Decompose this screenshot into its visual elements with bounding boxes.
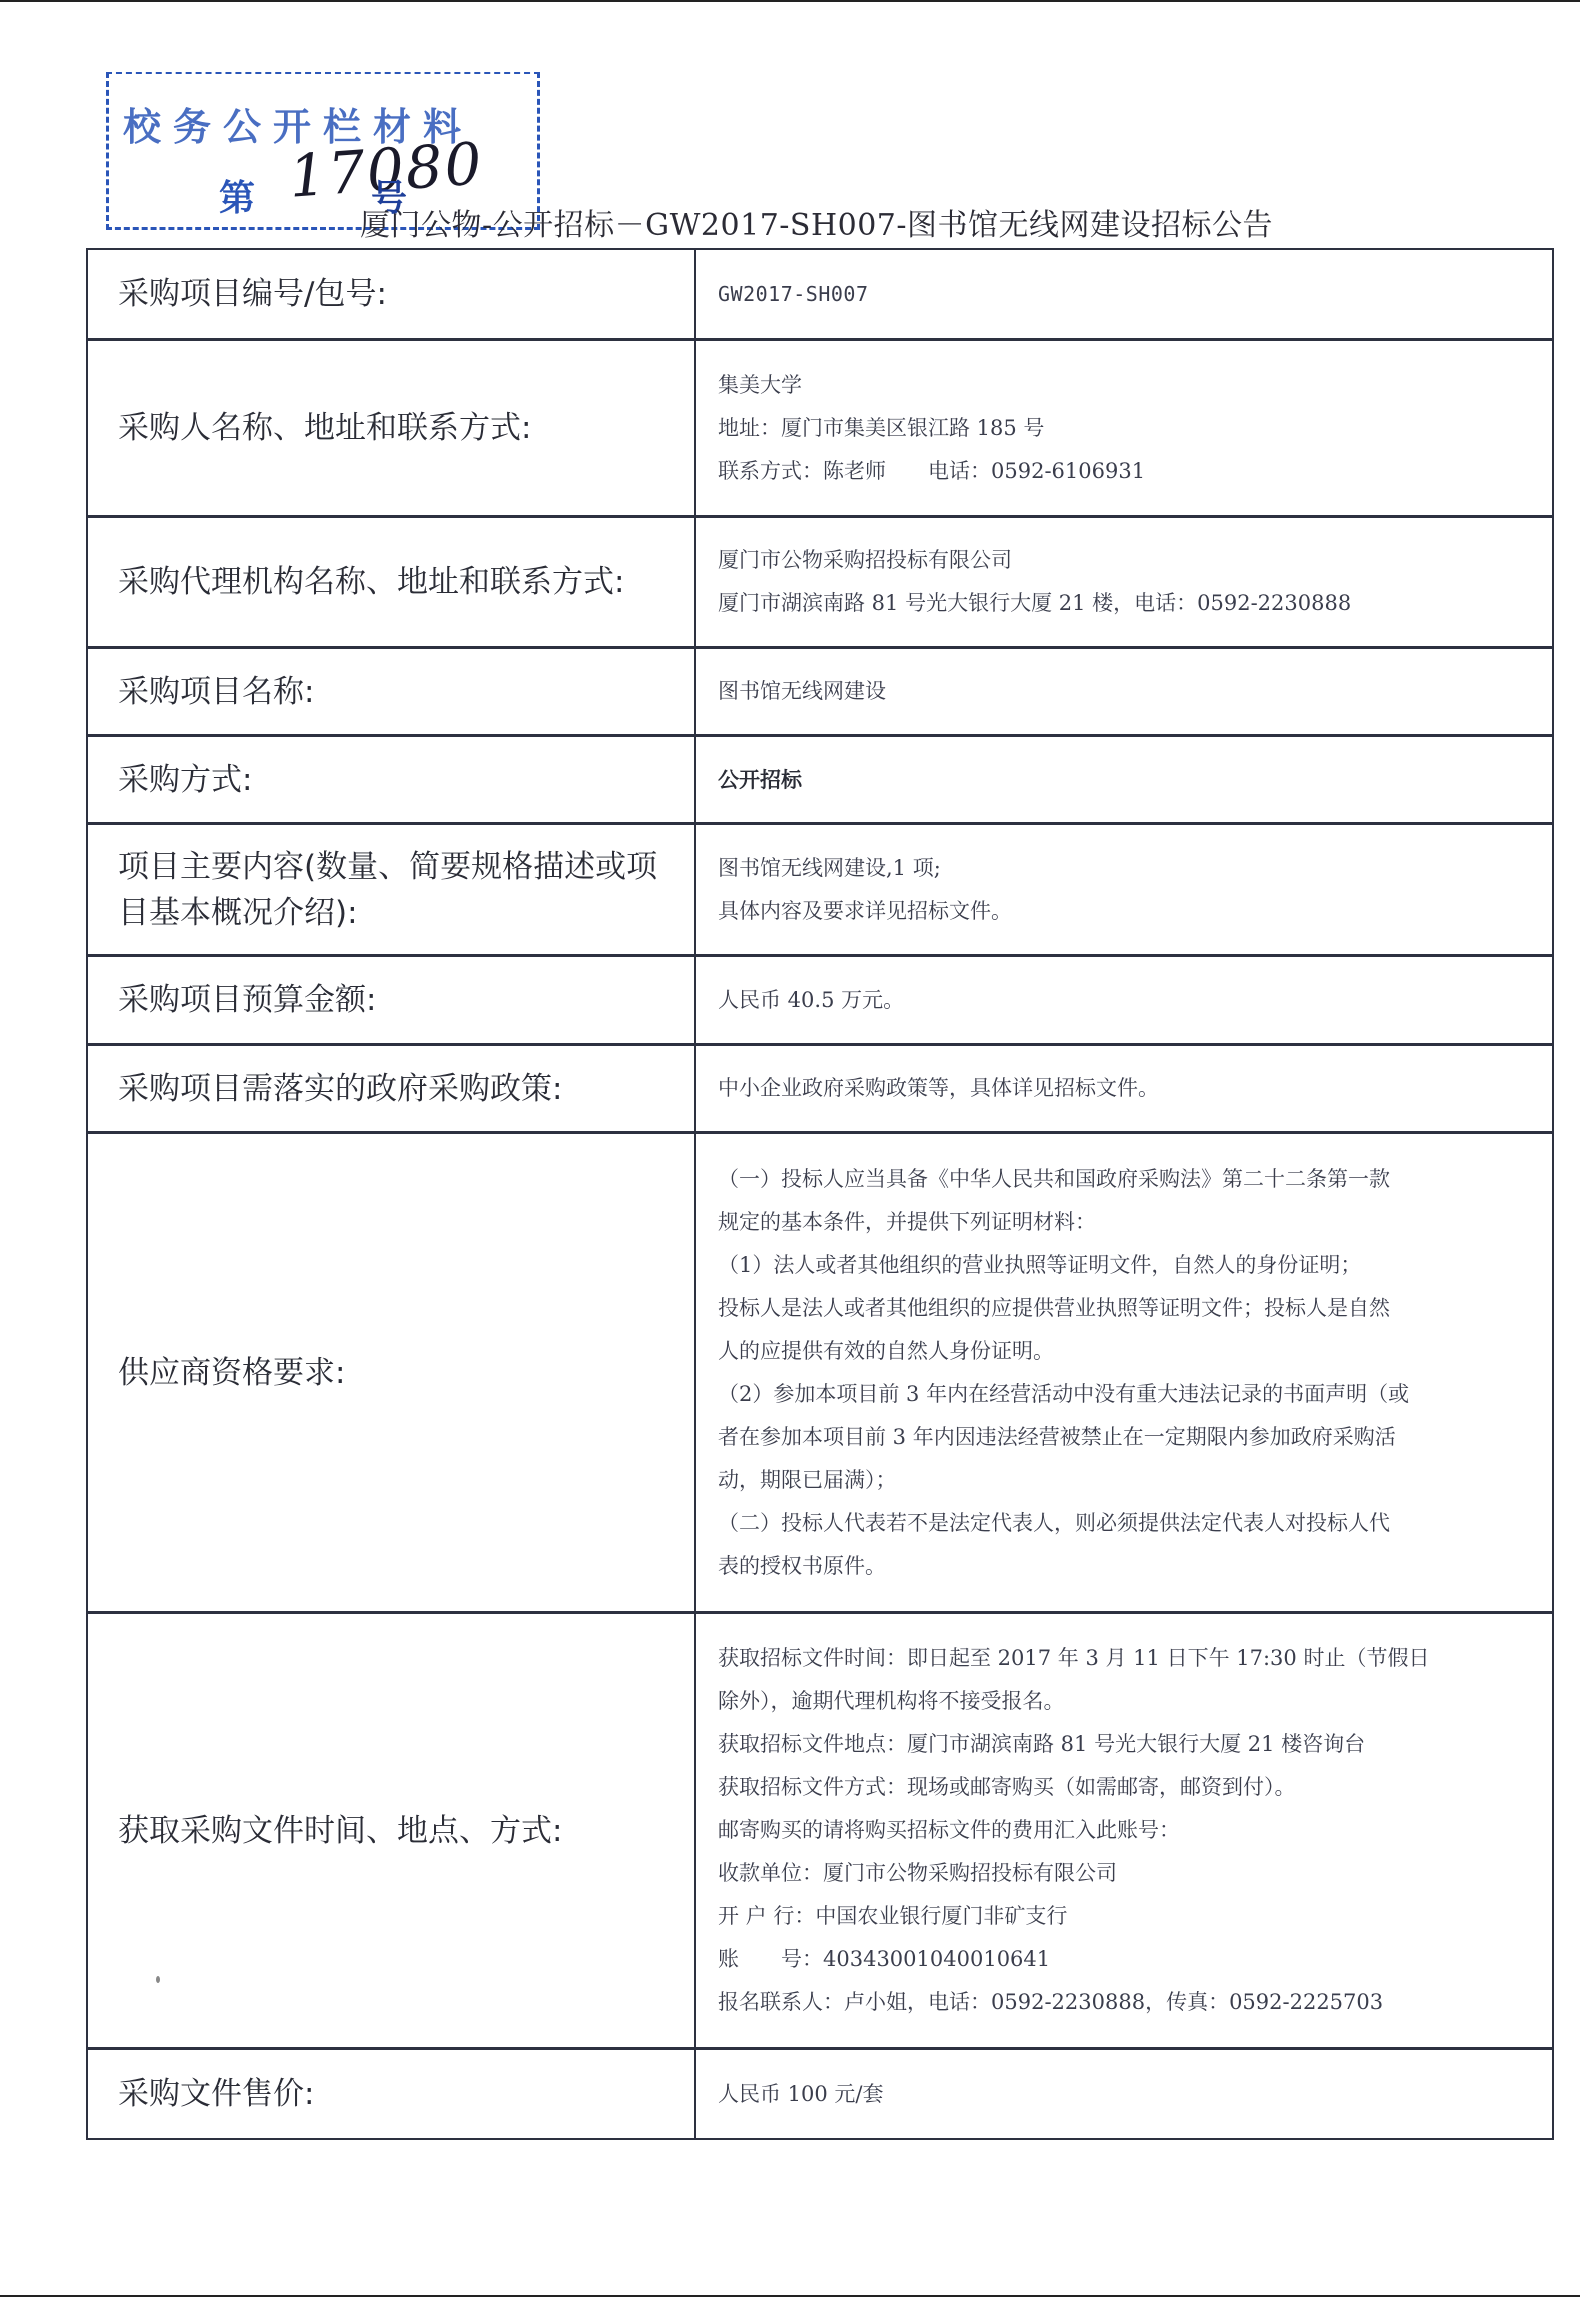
value-policy: 中小企业政府采购政策等，具体详见招标文件。 (696, 1046, 1552, 1131)
scan-speck (156, 1976, 160, 1983)
document-price: 人民币 100 元/套 (718, 2073, 1532, 2116)
label-agency: 采购代理机构名称、地址和联系方式: (88, 518, 696, 646)
label-project-number: 采购项目编号/包号: (88, 250, 696, 338)
acquisition-line: 获取招标文件时间：即日起至 2017 年 3 月 11 日下午 17:30 时止… (718, 1637, 1532, 1680)
qualification-line: 者在参加本项目前 3 年内因违法经营被禁止在一定期限内参加政府采购活 (718, 1416, 1532, 1459)
row-document-price: 采购文件售价: 人民币 100 元/套 (88, 2050, 1552, 2138)
acquisition-line: 获取招标文件地点：厦门市湖滨南路 81 号光大银行大厦 21 楼咨询台 (718, 1723, 1532, 1766)
purchaser-name: 集美大学 (718, 364, 1532, 407)
row-supplier-qualification: 供应商资格要求: （一）投标人应当具备《中华人民共和国政府采购法》第二十二条第一… (88, 1134, 1552, 1614)
purchaser-address: 地址：厦门市集美区银江路 185 号 (718, 407, 1532, 450)
registration-contact-line: 报名联系人：卢小姐，电话：0592-2230888，传真：0592-222570… (718, 1981, 1532, 2024)
project-name: 图书馆无线网建设 (718, 670, 1532, 713)
tender-notice-table: 采购项目编号/包号: GW2017-SH007 采购人名称、地址和联系方式: 集… (86, 248, 1554, 2140)
account-number-line: 账 号：40343001040010641 (718, 1938, 1532, 1981)
row-project-name: 采购项目名称: 图书馆无线网建设 (88, 649, 1552, 737)
procurement-method: 公开招标 (718, 758, 1532, 801)
document-title: 厦门公物-公开招标－GW2017-SH007-图书馆无线网建设招标公告 (360, 200, 1273, 244)
label-project-content: 项目主要内容(数量、简要规格描述或项目基本概况介绍): (88, 825, 696, 954)
scan-top-edge (0, 0, 1580, 2)
row-document-acquisition: 获取采购文件时间、地点、方式: 获取招标文件时间：即日起至 2017 年 3 月… (88, 1614, 1552, 2050)
purchaser-contact: 联系方式：陈老师 电话：0592-6106931 (718, 450, 1532, 493)
value-project-name: 图书馆无线网建设 (696, 649, 1552, 734)
qualification-line: （二）投标人代表若不是法定代表人，则必须提供法定代表人对投标人代 (718, 1502, 1532, 1545)
qualification-line: 动，期限已届满）； (718, 1459, 1532, 1502)
value-procurement-method: 公开招标 (696, 737, 1552, 822)
agency-name: 厦门市公物采购招投标有限公司 (718, 539, 1532, 582)
row-agency: 采购代理机构名称、地址和联系方式: 厦门市公物采购招投标有限公司 厦门市湖滨南路… (88, 518, 1552, 649)
qualification-line: 投标人是法人或者其他组织的应提供营业执照等证明文件；投标人是自然 (718, 1287, 1532, 1330)
label-budget: 采购项目预算金额: (88, 957, 696, 1043)
stamp-prefix: 第 (219, 170, 255, 221)
value-budget: 人民币 40.5 万元。 (696, 957, 1552, 1043)
acquisition-line: 获取招标文件方式：现场或邮寄购买（如需邮寄，邮资到付）。 (718, 1766, 1532, 1809)
value-project-number: GW2017-SH007 (696, 250, 1552, 338)
qualification-line: （一）投标人应当具备《中华人民共和国政府采购法》第二十二条第一款 (718, 1158, 1532, 1201)
project-content-line: 具体内容及要求详见招标文件。 (718, 890, 1532, 933)
qualification-line: （1）法人或者其他组织的营业执照等证明文件，自然人的身份证明； (718, 1244, 1532, 1287)
project-content-line: 图书馆无线网建设,1 项; (718, 847, 1532, 890)
acquisition-line: 除外），逾期代理机构将不接受报名。 (718, 1680, 1532, 1723)
label-procurement-method: 采购方式: (88, 737, 696, 822)
label-project-name: 采购项目名称: (88, 649, 696, 734)
qualification-line: 表的授权书原件。 (718, 1545, 1532, 1588)
budget-amount: 人民币 40.5 万元。 (718, 979, 1532, 1022)
bank-line: 开 户 行：中国农业银行厦门非矿支行 (718, 1895, 1532, 1938)
payee-line: 收款单位：厦门市公物采购招投标有限公司 (718, 1852, 1532, 1895)
policy-text: 中小企业政府采购政策等，具体详见招标文件。 (718, 1067, 1532, 1110)
qualification-line: 规定的基本条件，并提供下列证明材料： (718, 1201, 1532, 1244)
value-document-acquisition: 获取招标文件时间：即日起至 2017 年 3 月 11 日下午 17:30 时止… (696, 1614, 1552, 2047)
label-document-price: 采购文件售价: (88, 2050, 696, 2138)
label-purchaser: 采购人名称、地址和联系方式: (88, 341, 696, 515)
row-project-content: 项目主要内容(数量、简要规格描述或项目基本概况介绍): 图书馆无线网建设,1 项… (88, 825, 1552, 957)
acquisition-line: 邮寄购买的请将购买招标文件的费用汇入此账号： (718, 1809, 1532, 1852)
project-number: GW2017-SH007 (718, 273, 1532, 316)
row-project-number: 采购项目编号/包号: GW2017-SH007 (88, 250, 1552, 341)
value-supplier-qualification: （一）投标人应当具备《中华人民共和国政府采购法》第二十二条第一款 规定的基本条件… (696, 1134, 1552, 1611)
row-policy: 采购项目需落实的政府采购政策: 中小企业政府采购政策等，具体详见招标文件。 (88, 1046, 1552, 1134)
value-project-content: 图书馆无线网建设,1 项; 具体内容及要求详见招标文件。 (696, 825, 1552, 954)
qualification-line: 人的应提供有效的自然人身份证明。 (718, 1330, 1532, 1373)
row-procurement-method: 采购方式: 公开招标 (88, 737, 1552, 825)
row-budget: 采购项目预算金额: 人民币 40.5 万元。 (88, 957, 1552, 1046)
label-supplier-qualification: 供应商资格要求: (88, 1134, 696, 1611)
value-document-price: 人民币 100 元/套 (696, 2050, 1552, 2138)
row-purchaser: 采购人名称、地址和联系方式: 集美大学 地址：厦门市集美区银江路 185 号 联… (88, 341, 1552, 518)
label-document-acquisition: 获取采购文件时间、地点、方式: (88, 1614, 696, 2047)
value-agency: 厦门市公物采购招投标有限公司 厦门市湖滨南路 81 号光大银行大厦 21 楼，电… (696, 518, 1552, 646)
qualification-line: （2）参加本项目前 3 年内在经营活动中没有重大违法记录的书面声明（或 (718, 1373, 1532, 1416)
value-purchaser: 集美大学 地址：厦门市集美区银江路 185 号 联系方式：陈老师 电话：0592… (696, 341, 1552, 515)
label-policy: 采购项目需落实的政府采购政策: (88, 1046, 696, 1131)
agency-address: 厦门市湖滨南路 81 号光大银行大厦 21 楼，电话：0592-2230888 (718, 582, 1532, 625)
